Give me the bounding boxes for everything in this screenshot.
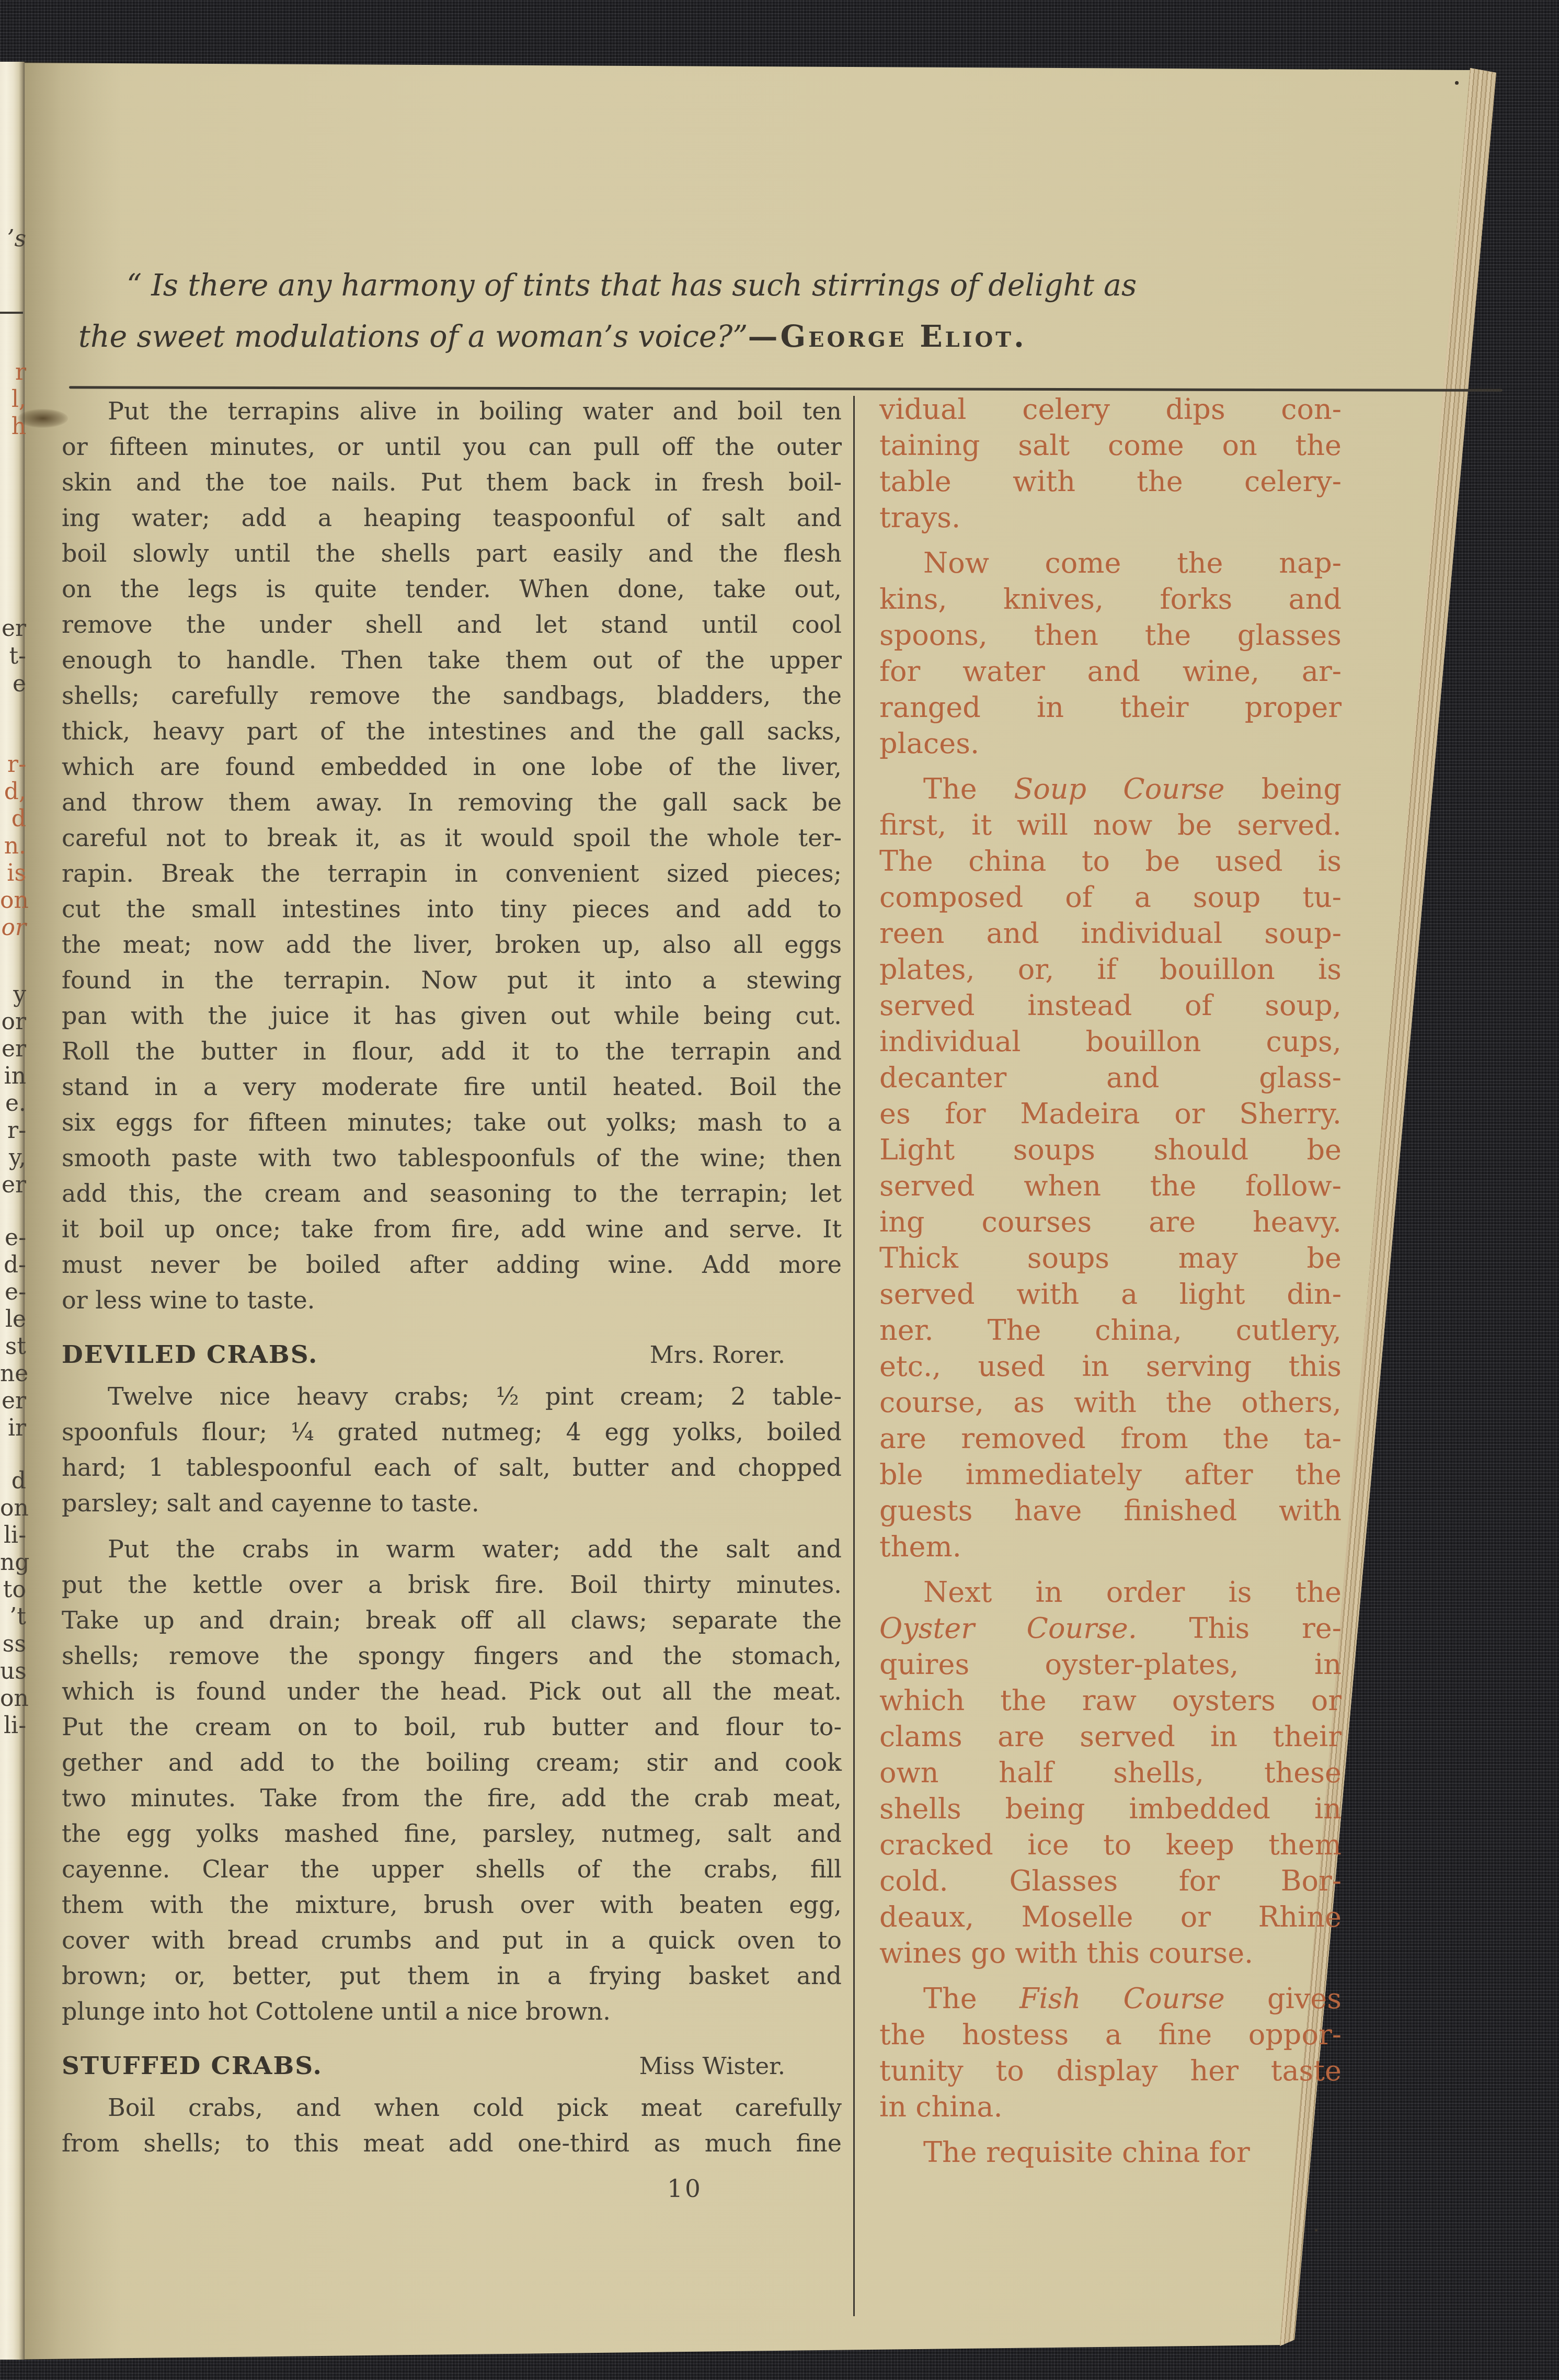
text-line: found in the terrapin. Now put it into a…: [62, 962, 842, 998]
facing-page-text-fragment: er: [0, 1390, 28, 1413]
facing-page-text-fragment: li-: [0, 1714, 28, 1737]
facing-page-text-fragment: to: [0, 1578, 28, 1601]
text-line: put the kettle over a brisk fire. Boil t…: [62, 1567, 842, 1602]
text-line: are removed from the ta-: [879, 1420, 1342, 1456]
text-line: thick, heavy part of the intestines and …: [62, 713, 842, 749]
text-line: composed of a soup tu-: [879, 879, 1342, 915]
facing-page-text-fragment: ng: [0, 1551, 28, 1574]
recipe-byline: Miss Wister.: [639, 2048, 786, 2085]
text-line: Twelve nice heavy crabs; ½ pint cream; 2…: [62, 1379, 842, 1414]
text-line: two minutes. Take from the fire, add the…: [62, 1780, 842, 1816]
text-line: ranged in their proper: [879, 689, 1342, 725]
facing-page-text-fragment: in: [0, 1065, 28, 1088]
text-line: individual bouillon cups,: [879, 1023, 1342, 1060]
quote-attribution: —George Eliot.: [748, 319, 1026, 354]
facing-page-text-fragment: on: [0, 889, 28, 912]
text-line: pan with the juice it has given out whil…: [62, 998, 842, 1033]
facing-page-text-fragment: st: [0, 1335, 28, 1358]
facing-page-text-fragment: us: [0, 1660, 28, 1683]
facing-page-text-fragment: e.: [0, 1092, 28, 1115]
text-line: cold. Glasses for Bor-: [879, 1863, 1342, 1899]
paragraph: The Fish Course givesthe hostess a fine …: [879, 1980, 1342, 2125]
text-line: ing water; add a heaping teaspoonful of …: [62, 500, 842, 536]
text-line: served instead of soup,: [879, 987, 1342, 1023]
paragraph: Boil crabs, and when cold pick meat care…: [62, 2090, 842, 2161]
text-line: them.: [879, 1529, 1342, 1565]
text-line: from shells; to this meat add one-third …: [62, 2125, 842, 2161]
text-line: Now come the nap-: [879, 545, 1342, 581]
text-line: vidual celery dips con-: [879, 391, 1342, 427]
facing-page-text-fragment: d: [0, 807, 28, 830]
facing-page-text-fragment: e-: [0, 1226, 28, 1249]
facing-page-text-fragment: er: [0, 617, 28, 640]
facing-page-text-fragment: li-: [0, 1524, 28, 1547]
facing-page-text-fragment: or: [0, 916, 28, 939]
text-line: Take up and drain; break off all claws; …: [62, 1602, 842, 1638]
recipe-heading: DEVILED CRABS.Mrs. Rorer.: [62, 1337, 842, 1373]
text-line: ner. The china, cutlery,: [879, 1312, 1342, 1348]
recipe-title: STUFFED CRABS.: [62, 2048, 323, 2085]
text-line: ing courses are heavy.: [879, 1204, 1342, 1240]
text-line: spoonfuls flour; ¼ grated nutmeg; 4 egg …: [62, 1414, 842, 1450]
text-line: Put the crabs in warm water; add the sal…: [62, 1531, 842, 1567]
facing-page-text-fragment: r-: [0, 753, 28, 776]
text-line: decanter and glass-: [879, 1060, 1342, 1096]
facing-page-text-fragment: or: [0, 1010, 28, 1033]
facing-page-text-fragment: t-: [0, 645, 28, 668]
text-line: first, it will now be served.: [879, 807, 1342, 843]
facing-page-text-fragment: ’s: [0, 227, 28, 250]
text-line: on the legs is quite tender. When done, …: [62, 571, 842, 607]
text-line: smooth paste with two tablespoonfuls of …: [62, 1140, 842, 1176]
text-line: wines go with this course.: [879, 1935, 1342, 1971]
text-line: own half shells, these: [879, 1755, 1342, 1791]
page-number: 10: [640, 2174, 729, 2203]
text-line: or less wine to taste.: [62, 1282, 842, 1318]
text-line: guests have finished with: [879, 1493, 1342, 1529]
text-line: shells; carefully remove the sandbags, b…: [62, 678, 842, 713]
text-line: remove the under shell and let stand unt…: [62, 607, 842, 642]
text-line: which is found under the head. Pick out …: [62, 1673, 842, 1709]
quote-line-1: “ Is there any harmony of tints that has…: [78, 260, 1417, 311]
text-line: places.: [879, 725, 1342, 761]
column-divider: [853, 396, 855, 2316]
text-line: ble immediately after the: [879, 1456, 1342, 1493]
text-line: which are found embedded in one lobe of …: [62, 749, 842, 784]
paragraph: The requisite china for: [879, 2134, 1342, 2170]
recipe-byline: Mrs. Rorer.: [650, 1337, 785, 1373]
text-line: shells; remove the spongy fingers and th…: [62, 1638, 842, 1673]
text-line: Boil crabs, and when cold pick meat care…: [62, 2090, 842, 2125]
text-line: the meat; now add the liver, broken up, …: [62, 927, 842, 962]
paragraph: Next in order is theOyster Course. This …: [879, 1574, 1342, 1971]
text-line: cut the small intestines into tiny piece…: [62, 891, 842, 927]
paragraph: Now come the nap-kins, knives, forks and…: [879, 545, 1342, 761]
text-line: served with a light din-: [879, 1276, 1342, 1312]
epigraph: “ Is there any harmony of tints that has…: [78, 260, 1417, 362]
recipe-title: DEVILED CRABS.: [62, 1337, 318, 1373]
text-line: deaux, Moselle or Rhine: [879, 1899, 1342, 1935]
text-line: boil slowly until the shells part easily…: [62, 536, 842, 571]
text-line: rapin. Break the terrapin in convenient …: [62, 856, 842, 891]
text-line: The Fish Course gives: [879, 1980, 1342, 2017]
facing-page-edge: ’srl,hert-er-d,dn.isonoryorerine.r-y,ere…: [0, 62, 25, 2360]
text-line: reen and individual soup-: [879, 915, 1342, 951]
left-column: Put the terrapins alive in boiling water…: [62, 393, 842, 2161]
paragraph: The Soup Course beingfirst, it will now …: [879, 771, 1342, 1565]
text-line: skin and the toe nails. Put them back in…: [62, 464, 842, 500]
text-line: hard; 1 tablespoonful each of salt, butt…: [62, 1450, 842, 1485]
text-line: shells being imbedded in: [879, 1791, 1342, 1827]
text-line: in china.: [879, 2089, 1342, 2125]
text-line: taining salt come on the: [879, 427, 1342, 463]
paragraph: Put the crabs in warm water; add the sal…: [62, 1531, 842, 2029]
text-line: cover with bread crumbs and put in a qui…: [62, 1922, 842, 1958]
text-line: the egg yolks mashed fine, parsley, nutm…: [62, 1816, 842, 1851]
text-line: Light soups should be: [879, 1132, 1342, 1168]
facing-page-text-fragment: d-: [0, 1254, 28, 1277]
paragraph: Put the terrapins alive in boiling water…: [62, 393, 842, 1318]
facing-page-text-fragment: le: [0, 1308, 28, 1331]
text-line: spoons, then the glasses: [879, 617, 1342, 653]
facing-page-text-fragment: r-: [0, 1119, 28, 1142]
text-line: Put the cream on to boil, rub butter and…: [62, 1709, 842, 1745]
text-line: cracked ice to keep them: [879, 1827, 1342, 1863]
text-line: parsley; salt and cayenne to taste.: [62, 1485, 842, 1521]
text-line: kins, knives, forks and: [879, 581, 1342, 617]
text-line: trays.: [879, 499, 1342, 536]
text-line: and throw them away. In removing the gal…: [62, 784, 842, 820]
text-line: them with the mixture, brush over with b…: [62, 1887, 842, 1922]
paragraph: Twelve nice heavy crabs; ½ pint cream; 2…: [62, 1379, 842, 1521]
facing-page-text-fragment: ne: [0, 1362, 28, 1385]
text-line: stand in a very moderate fire until heat…: [62, 1069, 842, 1104]
facing-page-text-fragment: er: [0, 1174, 28, 1197]
text-line: add this, the cream and seasoning to the…: [62, 1176, 842, 1211]
text-line: or fifteen minutes, or until you can pul…: [62, 429, 842, 464]
book-photo: ’srl,hert-er-d,dn.isonoryorerine.r-y,ere…: [0, 0, 1559, 2380]
paper-fleck: [1315, 2229, 1317, 2231]
text-line: Thick soups may be: [879, 1240, 1342, 1276]
text-line: The requisite china for: [879, 2134, 1342, 2170]
right-column: vidual celery dips con-taining salt come…: [879, 391, 1342, 2170]
facing-page-text-fragment: r: [0, 361, 28, 384]
text-line: Roll the butter in flour, add it to the …: [62, 1033, 842, 1069]
text-line: es for Madeira or Sherry.: [879, 1096, 1342, 1132]
text-line: which the raw oysters or: [879, 1682, 1342, 1718]
text-line: served when the follow-: [879, 1168, 1342, 1204]
quote-line-2: the sweet modulations of a woman’s voice…: [78, 311, 1417, 362]
facing-page-text-fragment: d,: [0, 780, 28, 803]
stain-mark: [18, 409, 68, 428]
facing-page-rule: [0, 312, 23, 314]
text-line: careful not to break it, as it would spo…: [62, 820, 842, 856]
text-line: six eggs for fifteen minutes; take out y…: [62, 1104, 842, 1140]
facing-page-text-fragment: e: [0, 673, 28, 696]
text-line: gether and add to the boiling cream; sti…: [62, 1745, 842, 1780]
text-line: it boil up once; take from fire, add win…: [62, 1211, 842, 1247]
facing-page-text-fragment: y,: [0, 1146, 28, 1169]
facing-page-text-fragment: ’t: [0, 1605, 28, 1629]
facing-page-text-fragment: e-: [0, 1281, 28, 1304]
text-line: plates, or, if bouillon is: [879, 951, 1342, 987]
facing-page-text-fragment: er: [0, 1038, 28, 1061]
facing-page-text-fragment: l,: [0, 388, 28, 411]
text-line: course, as with the others,: [879, 1384, 1342, 1420]
facing-page-text-fragment: on: [0, 1497, 28, 1520]
text-line: cayenne. Clear the upper shells of the c…: [62, 1851, 842, 1887]
facing-page-text-fragment: on: [0, 1687, 28, 1710]
text-line: tunity to display her taste: [879, 2053, 1342, 2089]
text-line: enough to handle. Then take them out of …: [62, 642, 842, 678]
text-line: for water and wine, ar-: [879, 653, 1342, 689]
paragraph: vidual celery dips con-taining salt come…: [879, 391, 1342, 536]
paper-fleck: [1455, 81, 1459, 85]
text-line: etc., used in serving this: [879, 1348, 1342, 1384]
facing-page-text-fragment: ir: [0, 1417, 28, 1440]
facing-page-text-fragment: d: [0, 1470, 28, 1493]
facing-page-text-fragment: ss: [0, 1633, 28, 1656]
text-line: Next in order is the: [879, 1574, 1342, 1610]
facing-page-text-fragment: y: [0, 983, 28, 1006]
text-line: The Soup Course being: [879, 771, 1342, 807]
text-line: the hostess a fine oppor-: [879, 2017, 1342, 2053]
text-line: must never be boiled after adding wine. …: [62, 1247, 842, 1282]
text-line: clams are served in their: [879, 1718, 1342, 1755]
text-line: The china to be used is: [879, 843, 1342, 879]
facing-page-text-fragment: n.: [0, 835, 28, 858]
text-line: quires oyster-plates, in: [879, 1646, 1342, 1682]
text-line: plunge into hot Cottolene until a nice b…: [62, 1994, 842, 2029]
text-line: table with the celery-: [879, 463, 1342, 499]
text-line: Oyster Course. This re-: [879, 1610, 1342, 1646]
text-line: brown; or, better, put them in a frying …: [62, 1958, 842, 1994]
recipe-heading: STUFFED CRABS.Miss Wister.: [62, 2048, 842, 2085]
facing-page-text-fragment: is: [0, 862, 28, 885]
text-line: Put the terrapins alive in boiling water…: [62, 393, 842, 429]
